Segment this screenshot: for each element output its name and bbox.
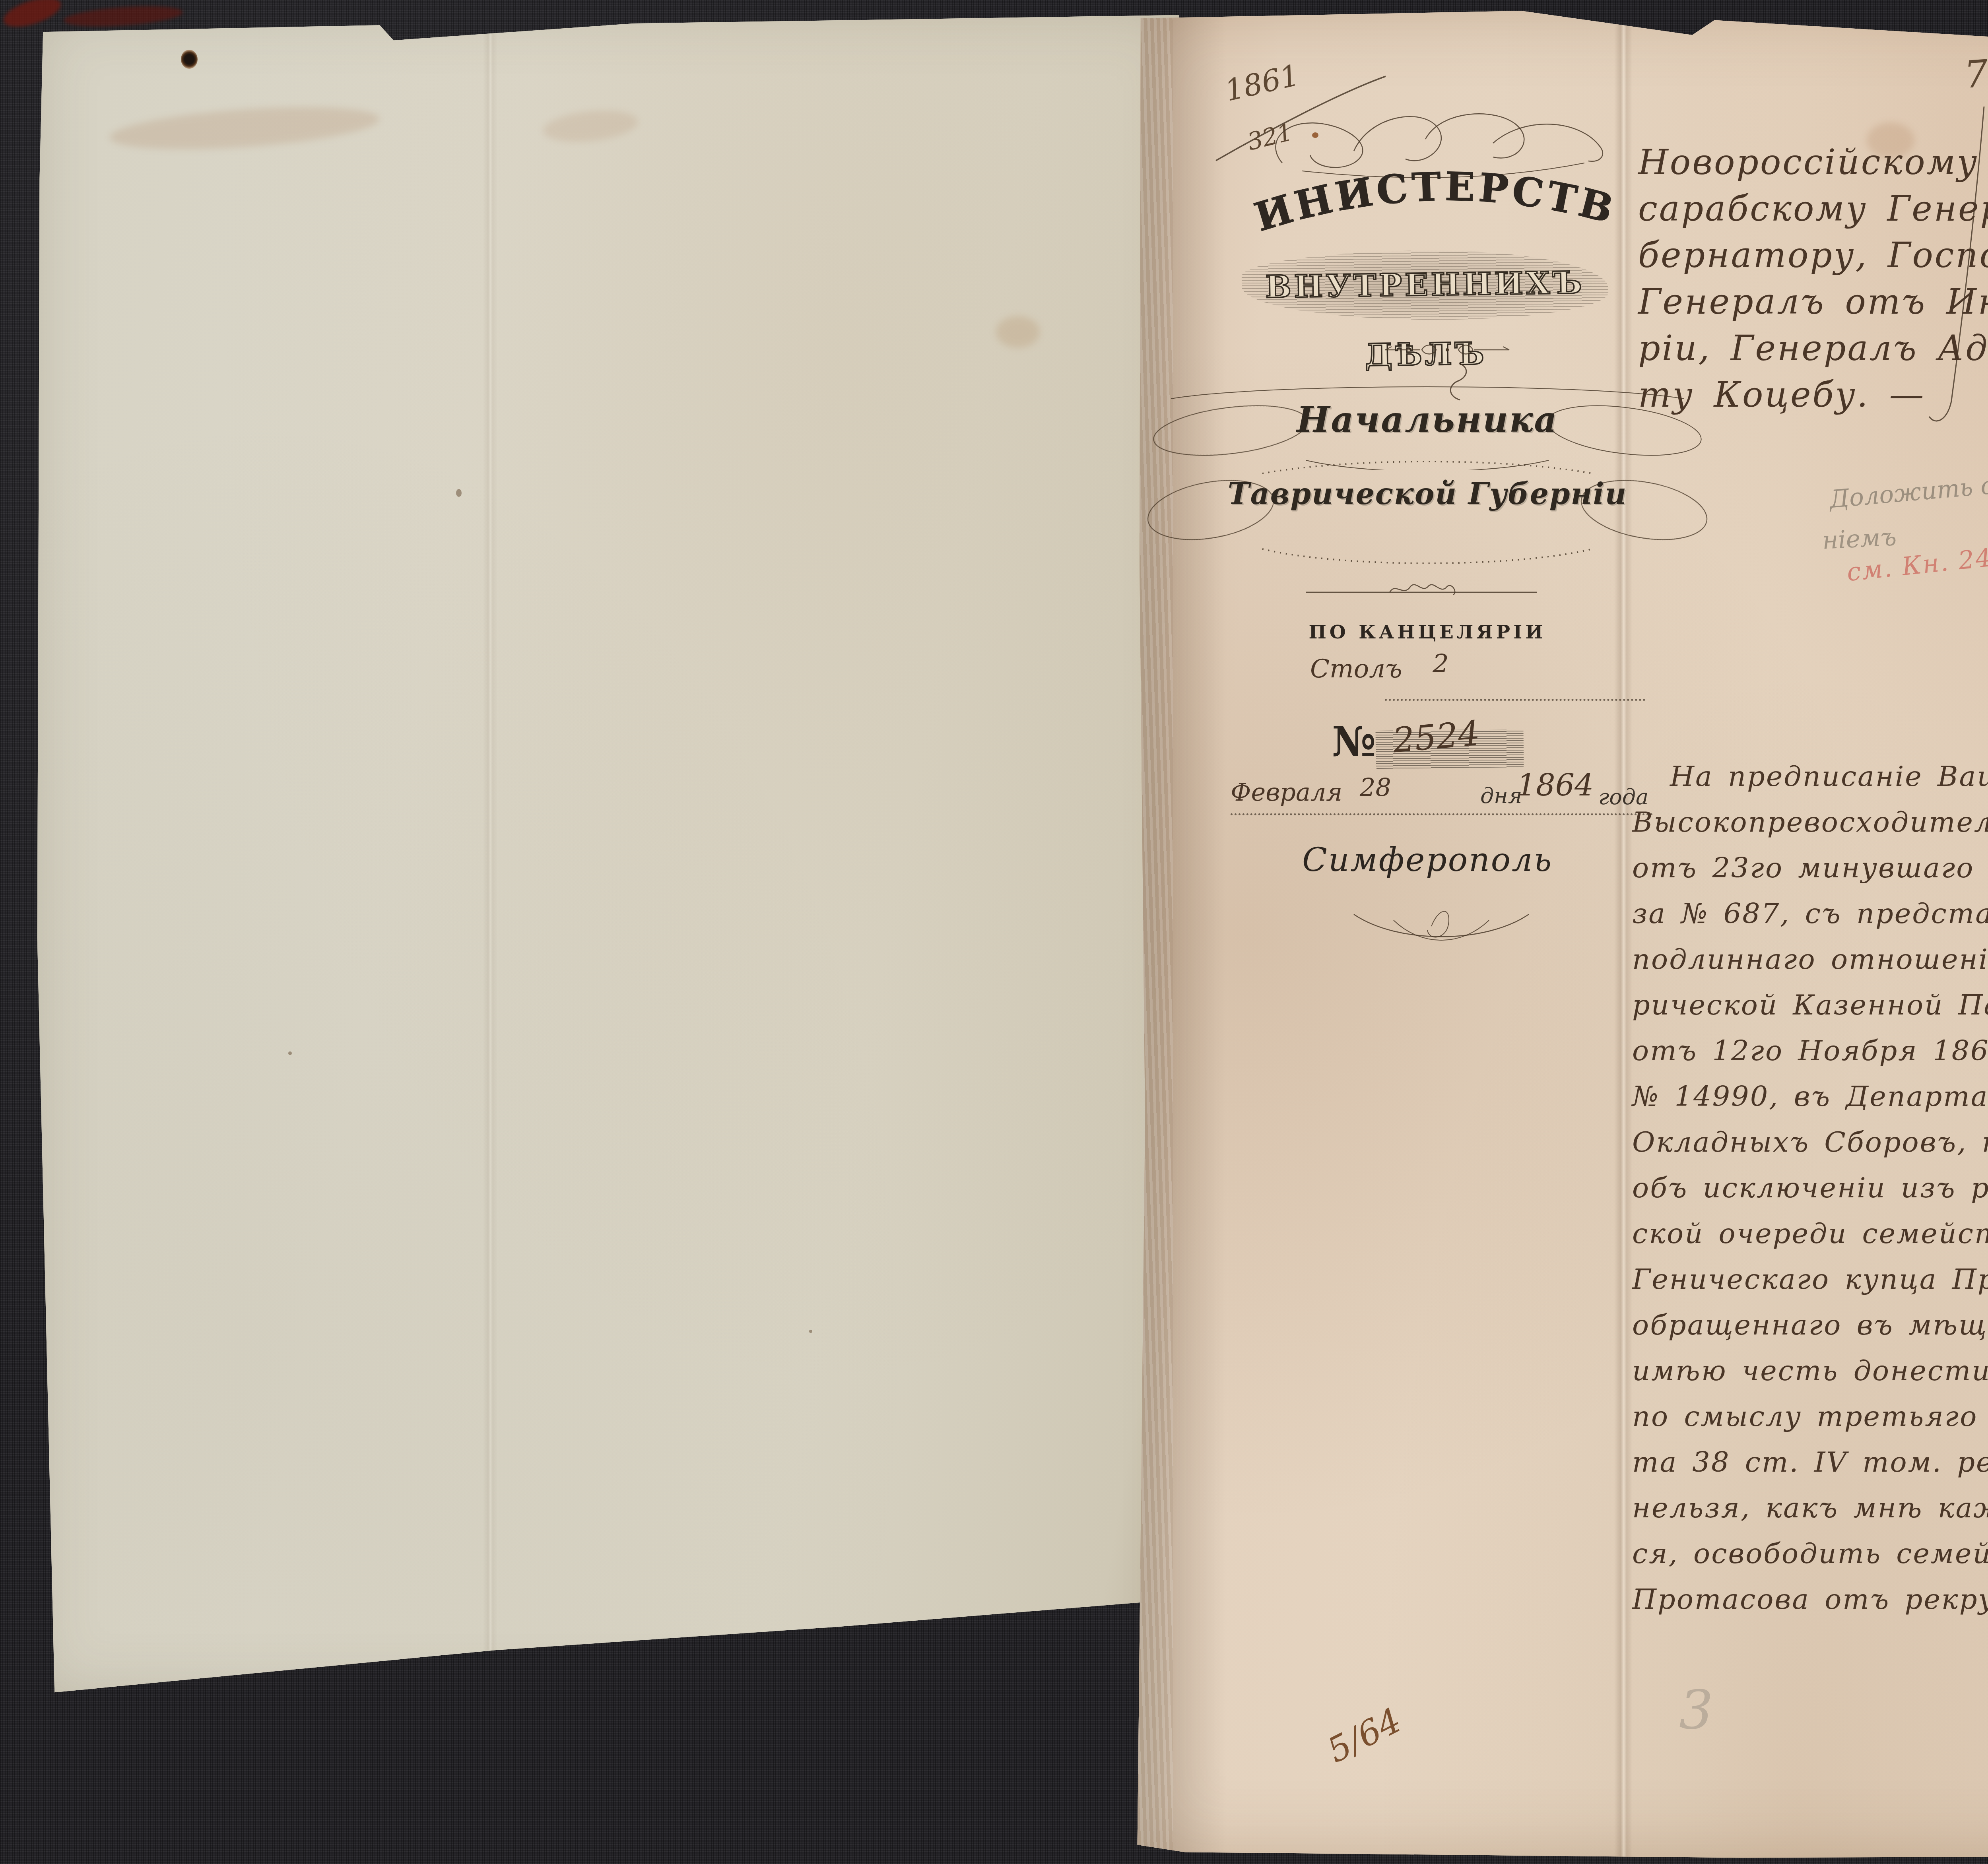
address-line: ріи, Генералъ Адъютан bbox=[1638, 325, 1988, 372]
divider-ornament-icon bbox=[1384, 338, 1511, 359]
foxing-stain bbox=[996, 316, 1040, 348]
address-line: сарабскому Генералъ Гу bbox=[1638, 186, 1988, 232]
bleedthrough-stain bbox=[109, 100, 381, 156]
pencil-note: Доложить съ доставле- bbox=[1828, 458, 1988, 514]
body-line: ся, освободить семейство bbox=[1632, 1531, 1988, 1577]
number-sign: № bbox=[1332, 718, 1376, 766]
body-line: На предписаніе Вашего bbox=[1632, 754, 1988, 799]
body-line: рической Казенной Палаты, bbox=[1632, 982, 1988, 1028]
rule-ornament bbox=[1306, 576, 1537, 601]
body-line: № 14990, въ Департаментъ bbox=[1632, 1074, 1988, 1119]
date-day: 28 bbox=[1360, 773, 1391, 802]
burn-hole bbox=[181, 50, 198, 69]
backdrop-red-mark bbox=[63, 3, 183, 30]
body-line: нельзя, какъ мнѣ кажет- bbox=[1632, 1485, 1988, 1531]
body-line: имѣю честь донести, что bbox=[1632, 1348, 1988, 1394]
ministry-line2: ВНУТРЕННИХЪ ДѢЛЪ bbox=[1241, 248, 1610, 392]
body-line: подлиннаго отношенія Тав- bbox=[1632, 937, 1988, 982]
address-block: Новороссійскому и Бес сарабскому Генерал… bbox=[1638, 139, 1988, 418]
bleedthrough-stain bbox=[542, 107, 640, 146]
body-line: Окладныхъ Сборовъ, по дѣлу bbox=[1632, 1119, 1988, 1165]
office-line2: Таврической Губерніи bbox=[1187, 477, 1668, 511]
body-line: ской очереди семейства бывшаго bbox=[1632, 1211, 1988, 1257]
left-blank-page bbox=[34, 10, 1187, 1697]
desk-value: 2 bbox=[1433, 650, 1449, 679]
ink-speck bbox=[809, 1330, 812, 1333]
letter-body: На предписаніе Вашего Высокопревосходите… bbox=[1632, 754, 1988, 1622]
body-line: отъ 12го Ноября 1863 г., за bbox=[1632, 1028, 1988, 1074]
ink-speck bbox=[288, 1051, 292, 1055]
body-line: по смыслу третьяго пунк- bbox=[1632, 1394, 1988, 1439]
body-line: отъ 23го минувшаго Января, bbox=[1632, 845, 1988, 891]
address-line: Новороссійскому и Бес bbox=[1638, 139, 1988, 186]
number-value: 2524 bbox=[1391, 714, 1481, 761]
received-date-note: 7 Марта bbox=[1963, 40, 1988, 97]
body-line: Высокопревосходительства, bbox=[1632, 799, 1988, 845]
ministry-line1: МИНИСТЕРСТВО bbox=[1250, 153, 1612, 241]
body-line: за № 687, съ представленіемъ bbox=[1632, 891, 1988, 937]
body-line: Геническаго купца Протасова, bbox=[1632, 1257, 1988, 1302]
letter-page: 1861 321 МИНИСТЕРСТВО ВНУТРЕННИХЪ ДѢЛЪ bbox=[1135, 7, 1988, 1860]
ink-speck bbox=[456, 489, 462, 497]
sheet-number-pencil: 3 bbox=[1679, 1679, 1713, 1741]
pencil-note: ніемъ bbox=[1821, 523, 1897, 555]
department-line: ПО КАНЦЕЛЯРІИ bbox=[1268, 621, 1586, 643]
body-line: объ исключеніи изъ рекрут- bbox=[1632, 1165, 1988, 1211]
archival-photo: 1861 321 МИНИСТЕРСТВО ВНУТРЕННИХЪ ДѢЛЪ bbox=[0, 0, 1988, 1864]
date-month: Февраля bbox=[1231, 778, 1342, 807]
archival-fraction-note: 5/64 bbox=[1321, 1701, 1408, 1771]
address-line: ту Коцебу. — bbox=[1638, 372, 1988, 418]
body-line: та 38 ст. IV том. рекрут. уст., bbox=[1632, 1439, 1988, 1485]
date-day-word: дня bbox=[1480, 783, 1522, 808]
office-line1: Начальника bbox=[1241, 399, 1614, 440]
city-underswirl bbox=[1346, 902, 1537, 950]
date-year: 1864 bbox=[1517, 767, 1594, 803]
page-crease bbox=[483, 10, 497, 1697]
desk-leader-line bbox=[1385, 659, 1645, 701]
ministry-line2-band: ВНУТРЕННИХЪ ДѢЛЪ bbox=[1241, 248, 1609, 323]
desk-label: Столъ bbox=[1310, 654, 1402, 684]
address-line: бернатору, Господину bbox=[1638, 232, 1988, 279]
city-name: Симферополь bbox=[1248, 841, 1606, 879]
backdrop-red-mark bbox=[0, 0, 64, 33]
svg-text:МИНИСТЕРСТВО: МИНИСТЕРСТВО bbox=[1250, 153, 1612, 241]
body-line: Протасова отъ рекрутской bbox=[1632, 1577, 1988, 1622]
ministry-title-arc: МИНИСТЕРСТВО bbox=[1250, 153, 1612, 247]
body-line: обращеннаго въ мѣщане, bbox=[1632, 1302, 1988, 1348]
address-line: Генералъ отъ Инфанте bbox=[1638, 279, 1988, 325]
fold-crease bbox=[1614, 7, 1633, 1860]
